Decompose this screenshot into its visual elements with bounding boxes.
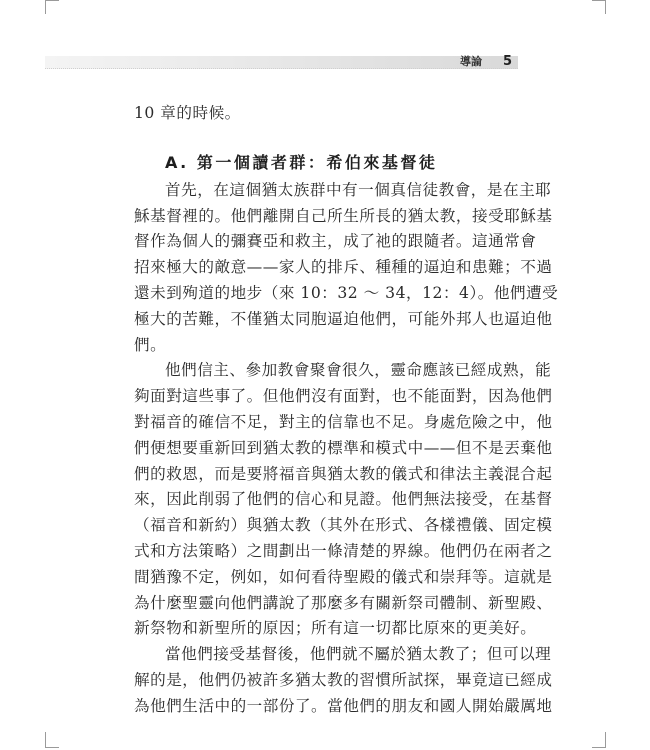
crop-mark-bottom-right bbox=[591, 732, 606, 748]
paragraph-line: 招來極大的敵意——家人的排斥、種種的逼迫和患難；不過 bbox=[134, 255, 516, 281]
paragraph-line: 他們信主、參加教會聚會很久，靈命應該已經成熟，能 bbox=[134, 358, 516, 384]
paragraph-line: 們。 bbox=[134, 333, 516, 359]
paragraph-line: 首先，在這個猶太族群中有一個真信徒教會，是在主耶 bbox=[134, 178, 516, 204]
running-header-title: 導論 bbox=[460, 55, 482, 69]
paragraph-line: 為什麼聖靈向他們講說了那麼多有關新祭司體制、新聖殿、 bbox=[134, 591, 516, 617]
paragraph-line: 還未到殉道的地步（來 10：32 ～ 34，12：4）。他們遭受 bbox=[134, 281, 516, 307]
paragraph-line: 們便想要重新回到猶太教的標準和模式中——但不是丟棄他 bbox=[134, 436, 516, 462]
opening-line: 10 章的時候。 bbox=[134, 101, 516, 127]
crop-mark-top-left bbox=[45, 0, 60, 14]
paragraph-3: 當他們接受基督後，他們就不屬於猶太教了；但可以理 解的是，他們仍被許多猶太教的習… bbox=[134, 642, 516, 719]
paragraph-line: 穌基督裡的。他們離開自己所生所長的猶太教，接受耶穌基 bbox=[134, 204, 516, 230]
paragraph-line: 夠面對這些事了。但他們沒有面對，也不能面對，因為他們 bbox=[134, 384, 516, 410]
crop-mark-bottom-left bbox=[45, 732, 60, 748]
paragraph-1: 首先，在這個猶太族群中有一個真信徒教會，是在主耶 穌基督裡的。他們離開自己所生所… bbox=[134, 178, 516, 359]
paragraph-line: （福音和新約）與猶太教（其外在形式、各樣禮儀、固定模 bbox=[134, 513, 516, 539]
paragraph-line: 式和方法策略）之間劃出一條清楚的界線。他們仍在兩者之 bbox=[134, 539, 516, 565]
paragraph-line: 當他們接受基督後，他們就不屬於猶太教了；但可以理 bbox=[134, 642, 516, 668]
page-body: 10 章的時候。 A. 第一個讀者群：希伯來基督徒 首先，在這個猶太族群中有一個… bbox=[134, 101, 516, 720]
paragraph-line: 們的救恩，而是要將福音與猶太教的儀式和律法主義混合起 bbox=[134, 462, 516, 488]
paragraph-line: 為他們生活中的一部份了。當他們的朋友和國人開始嚴厲地 bbox=[134, 694, 516, 720]
paragraph-line: 解的是，他們仍被許多猶太教的習慣所試探，畢竟這已經成 bbox=[134, 668, 516, 694]
paragraph-line: 間猶豫不定，例如，如何看待聖殿的儀式和崇拜等。這就是 bbox=[134, 565, 516, 591]
page-number: 5 bbox=[503, 54, 512, 70]
crop-mark-top-right bbox=[591, 0, 606, 14]
paragraph-line: 對福音的確信不足，對主的信靠也不足。身處危險之中，他 bbox=[134, 410, 516, 436]
paragraph-line: 極大的苦難，不僅猶太同胞逼迫他們，可能外邦人也逼迫他 bbox=[134, 307, 516, 333]
section-heading: A. 第一個讀者群：希伯來基督徒 bbox=[134, 150, 516, 176]
paragraph-line: 來，因此削弱了他們的信心和見證。他們無法接受，在基督 bbox=[134, 487, 516, 513]
paragraph-line: 新祭物和新聖所的原因；所有這一切都比原來的更美好。 bbox=[134, 616, 516, 642]
running-header: 導論 5 bbox=[45, 56, 518, 69]
paragraph-2: 他們信主、參加教會聚會很久，靈命應該已經成熟，能 夠面對這些事了。但他們沒有面對… bbox=[134, 358, 516, 642]
paragraph-line: 督作為個人的彌賽亞和救主，成了祂的跟隨者。這通常會 bbox=[134, 229, 516, 255]
